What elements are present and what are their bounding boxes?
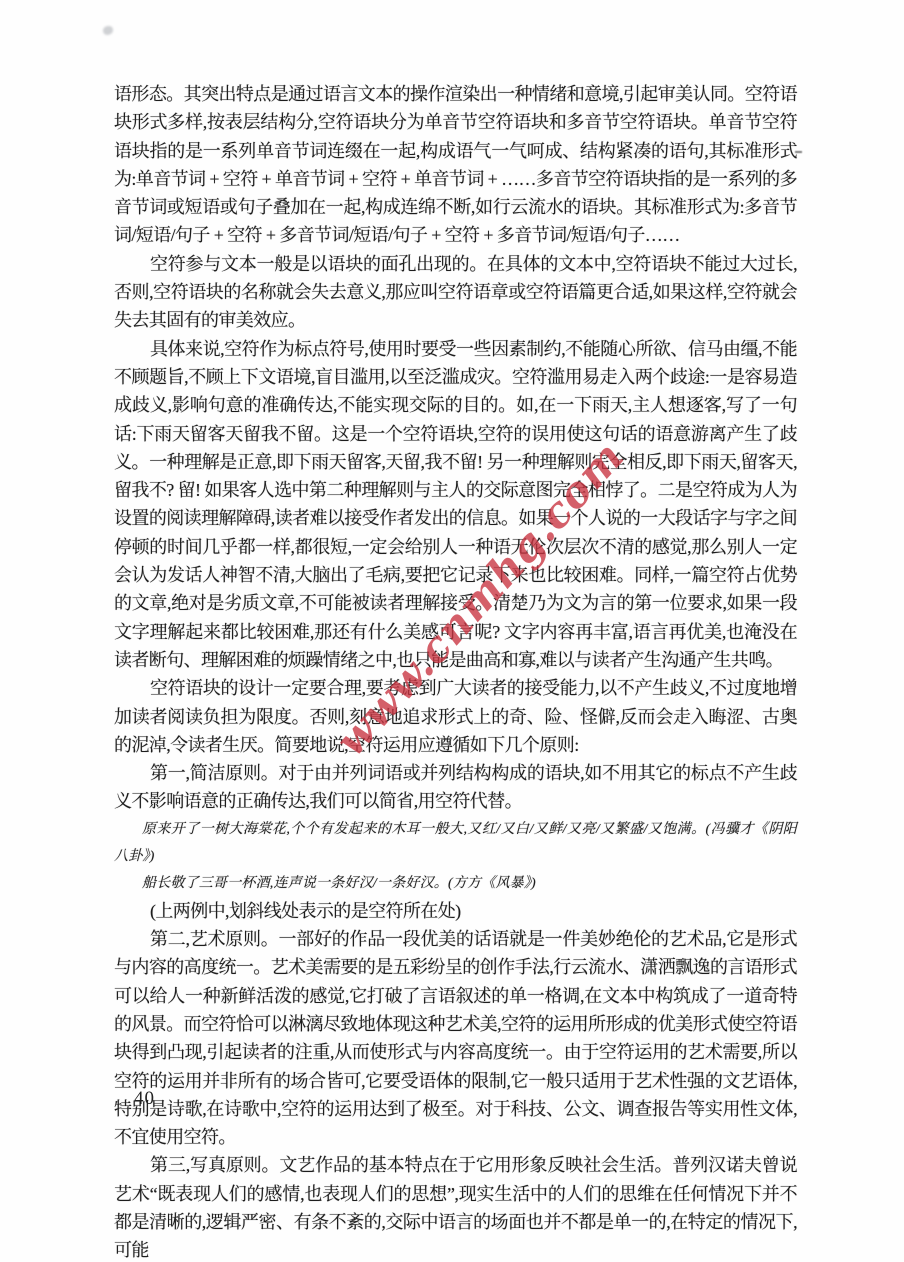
quote-example-fang-fang: 船长敬了三哥一杯酒,连声说一条好汉/一条好汉。(方方《风暴》) — [114, 870, 797, 897]
paragraph-continuation: 语形态。其突出特点是通过语言文本的操作渲染出一种情绪和意境,引起审美认同。空符语… — [114, 80, 797, 250]
text-block: 语形态。其突出特点是通过语言文本的操作渲染出一种情绪和意境,引起审美认同。空符语… — [114, 80, 797, 1262]
paragraph-misuse-of-empty-symbol: 具体来说,空符作为标点符号,使用时要受一些因素制约,不能随心所欲、信马由缰,不能… — [114, 335, 797, 675]
scanned-document-page: 语形态。其突出特点是通过语言文本的操作渲染出一种情绪和意境,引起审美认同。空符语… — [0, 0, 904, 1262]
scan-smudge-artifact — [103, 26, 113, 35]
paragraph-example-note: (上两例中,划斜线处表示的是空符所在处) — [114, 897, 797, 925]
paragraph-principle-2-artistic: 第二,艺术原则。一部好的作品一段优美的话语就是一件美妙绝伦的艺术品,它是形式与内… — [114, 925, 797, 1151]
paragraph-design-principles-intro: 空符语块的设计一定要合理,要考虑到广大读者的接受能力,以不产生歧义,不过度地增加… — [114, 674, 797, 759]
quote-example-feng-jicai: 原来开了一树大海棠花,个个有发起来的木耳一般大,又红/又白/又鲜/又亮/又繁盛/… — [114, 816, 797, 870]
page-number: 40 — [134, 1088, 155, 1110]
paragraph-principle-1-conciseness: 第一,简洁原则。对于由并列词语或并列结构构成的语块,如不用其它的标点不产生歧义不… — [114, 759, 797, 816]
paragraph-blocks-in-text: 空符参与文本一般是以语块的面孔出现的。在具体的文本中,空符语块不能过大过长,否则… — [114, 250, 797, 335]
paragraph-principle-3-realism: 第三,写真原则。文艺作品的基本特点在于它用形象反映社会生活。普列汉诺夫曾说艺术“… — [114, 1151, 797, 1262]
